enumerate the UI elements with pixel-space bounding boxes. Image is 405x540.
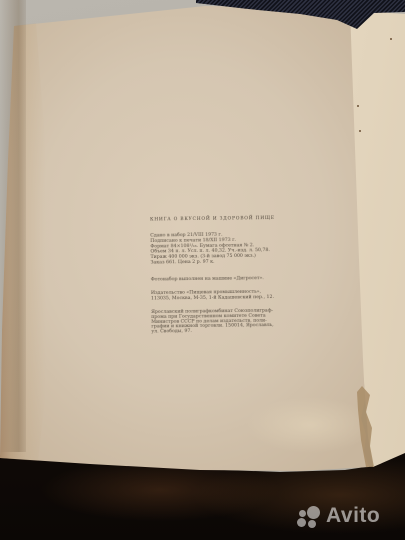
photoset-note: Фотонабор выполнен на машине «Дигросет». [151,275,276,282]
paper-speck [390,38,392,40]
avito-logo-icon [297,506,323,530]
avito-watermark: Avito [297,501,397,535]
book-photo: КНИГА О ВКУСНОЙ И ЗДОРОВОЙ ПИЩЕ Сдано в … [0,0,405,540]
book-title-caps: КНИГА О ВКУСНОЙ И ЗДОРОВОЙ ПИЩЕ [150,215,275,222]
colophon-text-block: КНИГА О ВКУСНОЙ И ЗДОРОВОЙ ПИЩЕ Сдано в … [150,215,276,333]
paper-speck [357,105,359,107]
paper-speck [359,130,361,132]
imprint-data: Сдано в набор 21/VIII 1973 г. Подписано … [150,231,275,265]
avito-wordmark: Avito [326,504,380,528]
imprint-line: Заказ 661. Цена 2 р. 97 к. [151,258,276,265]
gutter-shadow [0,0,26,452]
publisher-address: Издательство «Пищевая промышленность», 1… [151,289,276,301]
publisher-line: 113035, Москва, М-35, 1-й Кадашевский пе… [151,294,276,301]
printer-address: Ярославский полиграфкомбинат Союзполигра… [151,308,276,334]
